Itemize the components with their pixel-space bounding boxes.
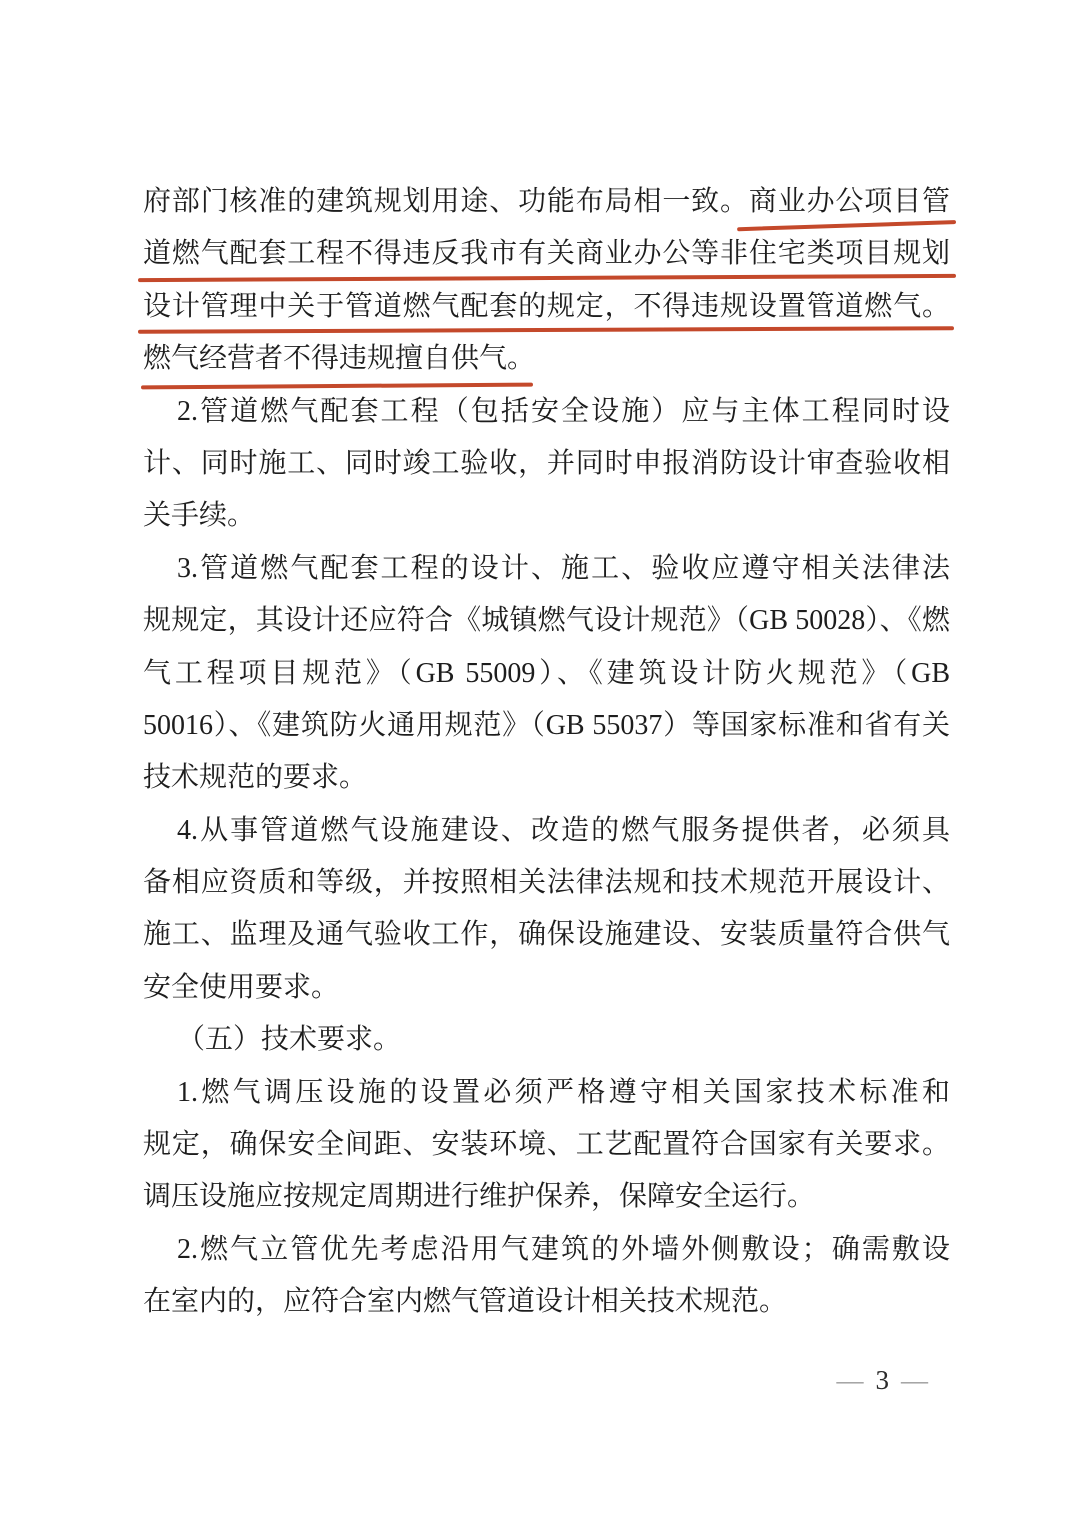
text-line: 备相应资质和等级，并按照相关法律法规和技术规范开展设计、	[143, 857, 950, 909]
text-line: 4.从事管道燃气设施建设、改造的燃气服务提供者，必须具	[143, 805, 950, 857]
text-line-content: （五）技术要求。	[177, 1024, 401, 1055]
text-line: 规规定，其设计还应符合《城镇燃气设计规范》（GB 50028）、《燃	[143, 595, 950, 647]
footer-dash-left: —	[837, 1365, 864, 1395]
text-line: 道燃气配套工程不得违反我市有关商业办公等非住宅类项目规划	[143, 228, 950, 280]
text-line: 计、同时施工、同时竣工验收，并同时申报消防设计审查验收相	[143, 438, 950, 490]
text-line: 在室内的，应符合室内燃气管道设计相关技术规范。	[143, 1276, 950, 1328]
text-line-content: 设计管理中关于管道燃气配套的规定，不得违规设置管道燃气。	[143, 291, 950, 322]
text-line-content: 道燃气配套工程不得违反我市有关商业办公等非住宅类项目规划	[143, 238, 950, 269]
text-line: 50016）、《建筑防火通用规范》（GB 55037）等国家标准和省有关	[143, 700, 950, 752]
text-line-content: 3.管道燃气配套工程的设计、施工、验收应遵守相关法律法	[177, 553, 950, 584]
text-line: 设计管理中关于管道燃气配套的规定，不得违规设置管道燃气。	[143, 281, 950, 333]
text-line: 府部门核准的建筑规划用途、功能布局相一致。商业办公项目管	[143, 176, 950, 228]
text-line-content: 50016）、《建筑防火通用规范》（GB 55037）等国家标准和省有关	[143, 710, 950, 741]
text-line-content: 调压设施应按规定周期进行维护保养，保障安全运行。	[143, 1181, 815, 1212]
text-line: 规定，确保安全间距、安装环境、工艺配置符合国家有关要求。	[143, 1119, 950, 1171]
text-line-content: 规规定，其设计还应符合《城镇燃气设计规范》（GB 50028）、《燃	[143, 605, 950, 636]
text-line-content: 计、同时施工、同时竣工验收，并同时申报消防设计审查验收相	[143, 448, 950, 479]
text-line: 技术规范的要求。	[143, 752, 950, 804]
text-line-content: 1.燃气调压设施的设置必须严格遵守相关国家技术标准和	[177, 1077, 950, 1108]
text-line: 3.管道燃气配套工程的设计、施工、验收应遵守相关法律法	[143, 543, 950, 595]
document-body: 府部门核准的建筑规划用途、功能布局相一致。商业办公项目管 道燃气配套工程不得违反…	[143, 176, 950, 1329]
text-line-content: 4.从事管道燃气设施建设、改造的燃气服务提供者，必须具	[177, 815, 950, 846]
text-line-content: 在室内的，应符合室内燃气管道设计相关技术规范。	[143, 1286, 787, 1317]
text-line-content: 备相应资质和等级，并按照相关法律法规和技术规范开展设计、	[143, 867, 950, 898]
text-line: 关手续。	[143, 490, 950, 542]
page-number: —3—	[837, 1363, 929, 1397]
text-line: 2.燃气立管优先考虑沿用气建筑的外墙外侧敷设；确需敷设	[143, 1224, 950, 1276]
text-line-content: 2.管道燃气配套工程（包括安全设施）应与主体工程同时设	[177, 396, 950, 427]
text-line: 燃气经营者不得违规擅自供气。	[143, 333, 950, 385]
text-line: 气工程项目规范》（GB 55009）、《建筑设计防火规范》（GB	[143, 648, 950, 700]
section-heading: （五）技术要求。	[143, 1014, 950, 1066]
text-line-content: 技术规范的要求。	[143, 762, 367, 793]
text-line-content: 气工程项目规范》（GB 55009）、《建筑设计防火规范》（GB	[143, 658, 950, 689]
text-line-content: 施工、监理及通气验收工作，确保设施建设、安装质量符合供气	[143, 919, 950, 950]
text-line-content: 燃气经营者不得违规擅自供气。	[143, 343, 535, 374]
text-line-content: 2.燃气立管优先考虑沿用气建筑的外墙外侧敷设；确需敷设	[177, 1234, 950, 1265]
text-line: 安全使用要求。	[143, 962, 950, 1014]
text-line: 施工、监理及通气验收工作，确保设施建设、安装质量符合供气	[143, 909, 950, 961]
document-page: 府部门核准的建筑规划用途、功能布局相一致。商业办公项目管 道燃气配套工程不得违反…	[0, 0, 1080, 1527]
text-line: 2.管道燃气配套工程（包括安全设施）应与主体工程同时设	[143, 386, 950, 438]
text-line-content: 府部门核准的建筑规划用途、功能布局相一致。商业办公项目管	[143, 186, 950, 217]
text-line-content: 规定，确保安全间距、安装环境、工艺配置符合国家有关要求。	[143, 1129, 950, 1160]
footer-page-number: 3	[876, 1365, 890, 1395]
text-line-content: 安全使用要求。	[143, 972, 339, 1003]
footer-dash-right: —	[901, 1365, 928, 1395]
text-line: 调压设施应按规定周期进行维护保养，保障安全运行。	[143, 1171, 950, 1223]
text-line: 1.燃气调压设施的设置必须严格遵守相关国家技术标准和	[143, 1067, 950, 1119]
text-line-content: 关手续。	[143, 500, 255, 531]
